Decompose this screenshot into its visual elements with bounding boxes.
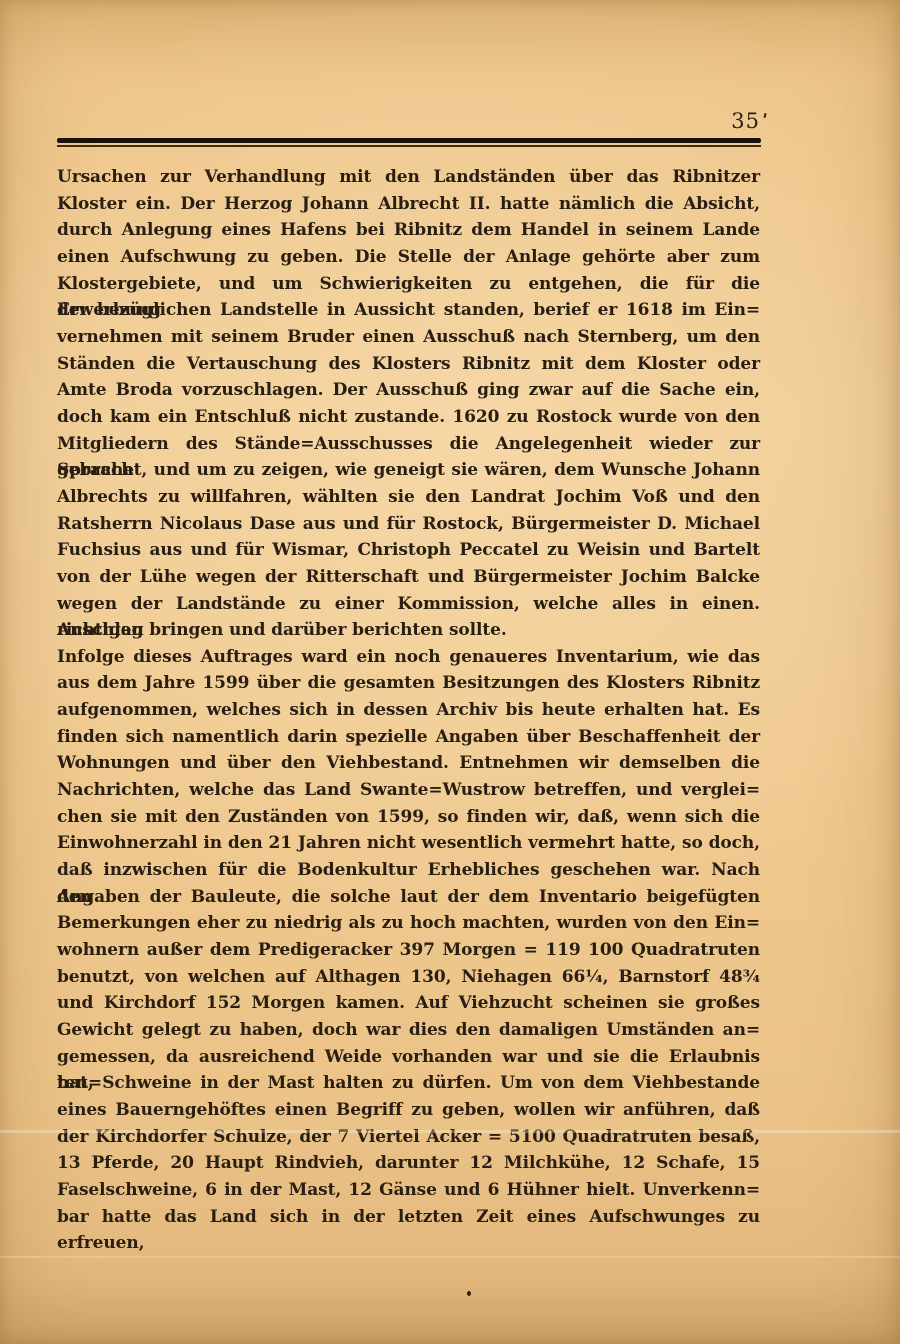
ink-speck xyxy=(467,1291,471,1296)
text-line: von der Lühe wegen der Ritterschaft und … xyxy=(57,564,760,591)
text-line: Klostergebiete, und um Schwierigkeiten z… xyxy=(57,271,760,298)
text-line: gemessen, da ausreichend Weide vorhanden… xyxy=(57,1044,760,1071)
text-line: doch kam ein Entschluß nicht zustande. 1… xyxy=(57,404,760,431)
text-line: aufgenommen, welches sich in dessen Arch… xyxy=(57,697,760,724)
text-line: benutzt, von welchen auf Althagen 130, N… xyxy=(57,964,760,991)
body-text: Ursachen zur Verhandlung mit den Landstä… xyxy=(57,164,760,1230)
text-line: bar hatte das Land sich in der letzten Z… xyxy=(57,1204,760,1231)
text-line: 13 Pferde, 20 Haupt Rindvieh, darunter 1… xyxy=(57,1150,760,1177)
text-line: Fuchsius aus und für Wismar, Christoph P… xyxy=(57,537,760,564)
text-line: Einwohnerzahl in den 21 Jahren nicht wes… xyxy=(57,830,760,857)
book-page: 35 Ursachen zur Verhandlung mit den Land… xyxy=(0,0,900,1344)
text-line: der Kirchdorfer Schulze, der 7 Viertel A… xyxy=(57,1124,760,1151)
text-line: Ratsherrn Nicolaus Dase aus und für Rost… xyxy=(57,511,760,538)
ink-speck xyxy=(764,113,767,118)
text-line: wegen der Landstände zu einer Kommission… xyxy=(57,591,760,618)
text-line: Amte Broda vorzuschlagen. Der Ausschuß g… xyxy=(57,377,760,404)
page-number: 35 xyxy=(560,109,760,133)
text-line: Gewicht gelegt zu haben, doch war dies d… xyxy=(57,1017,760,1044)
text-line: der bezüglichen Landstelle in Aussicht s… xyxy=(57,297,760,324)
text-line: aus dem Jahre 1599 über die gesamten Bes… xyxy=(57,670,760,697)
text-line: einen Aufschwung zu geben. Die Stelle de… xyxy=(57,244,760,271)
header-rule xyxy=(57,138,761,147)
text-line: vernehmen mit seinem Bruder einen Aussch… xyxy=(57,324,760,351)
text-line: durch Anlegung eines Hafens bei Ribnitz … xyxy=(57,217,760,244)
header-rule-thick xyxy=(57,138,761,143)
text-line: Anschlag bringen und darüber berichten s… xyxy=(57,617,760,644)
text-line: Bemerkungen eher zu niedrig als zu hoch … xyxy=(57,910,760,937)
text-line: Infolge dieses Auftrages ward ein noch g… xyxy=(57,644,760,671)
text-line: Angaben der Bauleute, die solche laut de… xyxy=(57,884,760,911)
text-line: daß inzwischen für die Bodenkultur Erheb… xyxy=(57,857,760,884)
text-line: und Kirchdorf 152 Morgen kamen. Auf Vieh… xyxy=(57,990,760,1017)
text-line: Nachrichten, welche das Land Swante=Wust… xyxy=(57,777,760,804)
text-line: Kloster ein. Der Herzog Johann Albrecht … xyxy=(57,191,760,218)
text-line: eines Bauerngehöftes einen Begriff zu ge… xyxy=(57,1097,760,1124)
text-line: Faselschweine, 6 in der Mast, 12 Gänse u… xyxy=(57,1177,760,1204)
text-line: gebracht, und um zu zeigen, wie geneigt … xyxy=(57,457,760,484)
header-rule-thin xyxy=(57,145,761,147)
text-line: chen sie mit den Zuständen von 1599, so … xyxy=(57,804,760,831)
text-line: Ständen die Vertauschung des Klosters Ri… xyxy=(57,351,760,378)
text-line: Ursachen zur Verhandlung mit den Landstä… xyxy=(57,164,760,191)
text-line: finden sich namentlich darin spezielle A… xyxy=(57,724,760,751)
text-line: wohnern außer dem Predigeracker 397 Morg… xyxy=(57,937,760,964)
text-line: Mitgliedern des Stände=Ausschusses die A… xyxy=(57,431,760,458)
text-line: Albrechts zu willfahren, wählten sie den… xyxy=(57,484,760,511)
text-line: ten, Schweine in der Mast halten zu dürf… xyxy=(57,1070,760,1097)
text-line: Wohnungen und über den Viehbestand. Entn… xyxy=(57,750,760,777)
